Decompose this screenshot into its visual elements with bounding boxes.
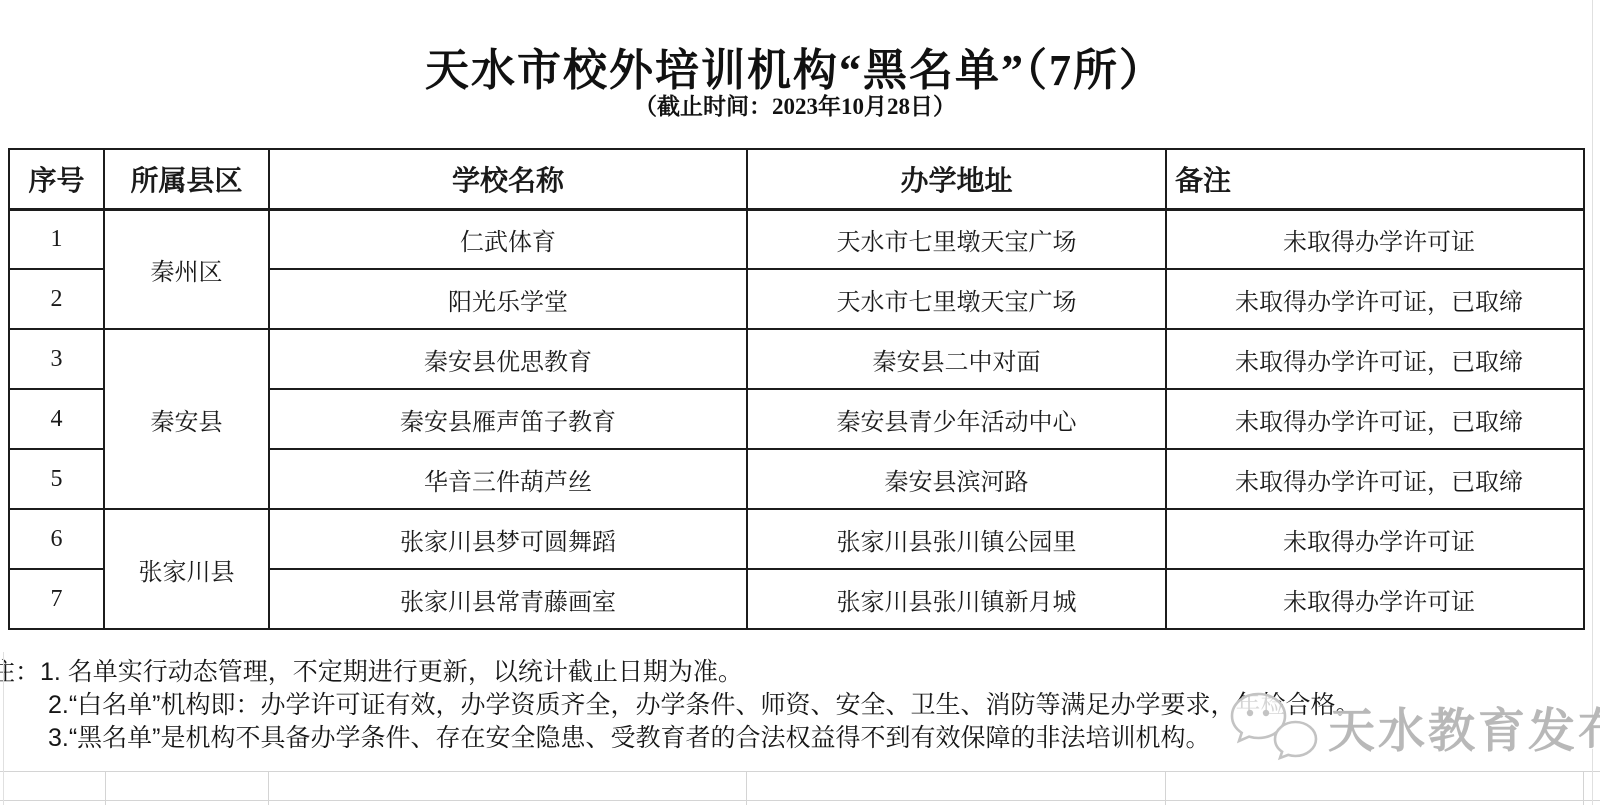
cell-district: 张家川县 bbox=[104, 509, 269, 629]
footnotes: 注：1. 名单实行动态管理，不定期进行更新，以统计截止日期为准。 2.“白名单”… bbox=[0, 656, 1390, 755]
cell-remark: 未取得办学许可证，已取缔 bbox=[1166, 329, 1584, 389]
header-school: 学校名称 bbox=[269, 149, 747, 209]
cell-address: 秦安县滨河路 bbox=[747, 449, 1166, 509]
cell-remark: 未取得办学许可证，已取缔 bbox=[1166, 389, 1584, 449]
cell-address: 张家川县张川镇新月城 bbox=[747, 569, 1166, 629]
grid-line-horizontal bbox=[0, 800, 1600, 801]
cell-district: 秦州区 bbox=[104, 209, 269, 329]
grid-line-vertical bbox=[3, 652, 4, 805]
cell-school: 张家川县常青藤画室 bbox=[269, 569, 747, 629]
cell-school: 仁武体育 bbox=[269, 209, 747, 269]
page-subtitle: （截止时间：2023年10月28日） bbox=[0, 88, 1590, 121]
cell-remark: 未取得办学许可证 bbox=[1166, 209, 1584, 269]
cell-remark: 未取得办学许可证，已取缔 bbox=[1166, 269, 1584, 329]
watermark-label: 天水教育发布 bbox=[1328, 694, 1600, 761]
document-page: { "title": "天水市校外培训机构“黑名单”（7所）", "subtit… bbox=[0, 0, 1600, 805]
cell-district: 秦安县 bbox=[104, 329, 269, 509]
table-row: 1 秦州区 仁武体育 天水市七里墩天宝广场 未取得办学许可证 bbox=[9, 209, 1584, 269]
header-district: 所属县区 bbox=[104, 149, 269, 209]
cell-school: 华音三件葫芦丝 bbox=[269, 449, 747, 509]
grid-line-vertical bbox=[1592, 0, 1593, 805]
publisher-watermark: 天水教育发布 bbox=[1228, 688, 1600, 767]
table-header-row: 序号 所属县区 学校名称 办学地址 备注 bbox=[9, 149, 1584, 209]
blacklist-table-container: 序号 所属县区 学校名称 办学地址 备注 1 秦州区 仁武体育 天水市七里墩天宝… bbox=[8, 148, 1585, 630]
cell-address: 张家川县张川镇公园里 bbox=[747, 509, 1166, 569]
grid-line-vertical bbox=[1583, 771, 1584, 805]
grid-line-vertical bbox=[268, 771, 269, 805]
cell-school: 张家川县梦可圆舞蹈 bbox=[269, 509, 747, 569]
cell-remark: 未取得办学许可证 bbox=[1166, 509, 1584, 569]
cell-no: 3 bbox=[9, 329, 104, 389]
cell-no: 2 bbox=[9, 269, 104, 329]
footnote-2: 2.“白名单”机构即：办学许可证有效，办学资质齐全，办学条件、师资、安全、卫生、… bbox=[0, 689, 1390, 722]
footnote-prefix: 注： bbox=[0, 658, 40, 686]
cell-address: 秦安县青少年活动中心 bbox=[747, 389, 1166, 449]
cell-school: 秦安县优思教育 bbox=[269, 329, 747, 389]
cell-remark: 未取得办学许可证，已取缔 bbox=[1166, 449, 1584, 509]
cell-address: 天水市七里墩天宝广场 bbox=[747, 209, 1166, 269]
header-address: 办学地址 bbox=[747, 149, 1166, 209]
grid-line-vertical bbox=[105, 771, 106, 805]
table-row: 6 张家川县 张家川县梦可圆舞蹈 张家川县张川镇公园里 未取得办学许可证 bbox=[9, 509, 1584, 569]
cell-no: 5 bbox=[9, 449, 104, 509]
footnote-1: 注：1. 名单实行动态管理，不定期进行更新，以统计截止日期为准。 bbox=[0, 656, 1390, 689]
cell-school: 阳光乐学堂 bbox=[269, 269, 747, 329]
grid-line-vertical bbox=[746, 771, 747, 805]
cell-school: 秦安县雁声笛子教育 bbox=[269, 389, 747, 449]
cell-remark: 未取得办学许可证 bbox=[1166, 569, 1584, 629]
header-no: 序号 bbox=[9, 149, 104, 209]
blacklist-table: 序号 所属县区 学校名称 办学地址 备注 1 秦州区 仁武体育 天水市七里墩天宝… bbox=[8, 148, 1585, 630]
wechat-bubbles-icon bbox=[1228, 688, 1320, 767]
cell-address: 天水市七里墩天宝广场 bbox=[747, 269, 1166, 329]
cell-address: 秦安县二中对面 bbox=[747, 329, 1166, 389]
cell-no: 7 bbox=[9, 569, 104, 629]
cell-no: 1 bbox=[9, 209, 104, 269]
table-row: 3 秦安县 秦安县优思教育 秦安县二中对面 未取得办学许可证，已取缔 bbox=[9, 329, 1584, 389]
header-remark: 备注 bbox=[1166, 149, 1584, 209]
cell-no: 6 bbox=[9, 509, 104, 569]
grid-line-horizontal bbox=[0, 771, 1600, 772]
grid-line-vertical bbox=[1165, 771, 1166, 805]
cell-no: 4 bbox=[9, 389, 104, 449]
footnote-3: 3.“黑名单”是机构不具备办学条件、存在安全隐患、受教育者的合法权益得不到有效保… bbox=[0, 722, 1390, 755]
